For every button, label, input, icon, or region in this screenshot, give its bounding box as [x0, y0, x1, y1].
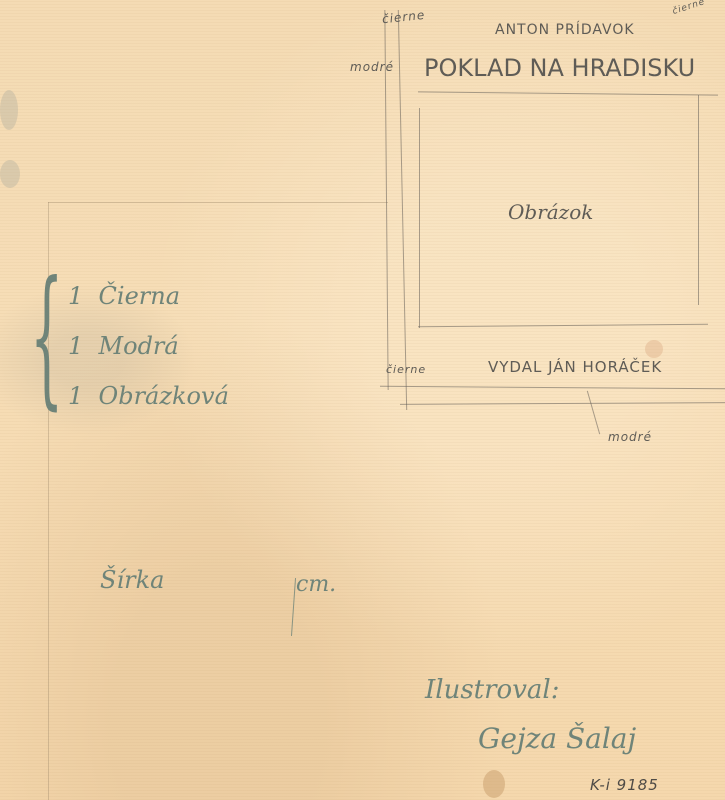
- cover-publisher: VYDAL JÁN HORÁČEK: [488, 358, 662, 376]
- item-label: Obrázková: [99, 382, 229, 410]
- stain-publisher: [645, 340, 663, 358]
- note-cierne-bottom: čierne: [386, 363, 426, 376]
- color-list-item: 1 Čierna: [68, 282, 180, 310]
- frame-outer-left-2: [398, 10, 407, 410]
- width-value: cm.: [296, 572, 336, 597]
- note-modre-top: modré: [350, 60, 394, 74]
- frame-top: [418, 91, 718, 95]
- stain-left: [0, 90, 18, 130]
- illustrator-name: Gejza Šalaj: [478, 722, 636, 755]
- item-qty: 1: [68, 332, 83, 360]
- item-label: Čierna: [99, 282, 180, 310]
- width-label: Šírka: [100, 566, 164, 594]
- frame-bottom-2: [400, 402, 725, 405]
- width-value-stem: [291, 578, 296, 636]
- color-list-item: 1 Modrá: [68, 332, 179, 360]
- note-modre-bottom: modré: [608, 430, 652, 444]
- item-qty: 1: [68, 282, 83, 310]
- frame-inner-bottom: [418, 324, 708, 328]
- frame-bottom: [380, 386, 725, 389]
- inventory-number: K-i 9185: [590, 776, 659, 794]
- color-list-item: 1 Obrázková: [68, 382, 229, 410]
- document-sheet: ANTON PRÍDAVOK POKLAD NA HRADISKU Obrázo…: [0, 0, 725, 800]
- stain-left-2: [0, 160, 20, 188]
- item-qty: 1: [68, 382, 83, 410]
- guide-line-horizontal: [48, 202, 388, 203]
- cover-author: ANTON PRÍDAVOK: [495, 22, 635, 38]
- list-brace: {: [30, 262, 63, 412]
- pointer-line: [587, 391, 600, 435]
- cover-title: POKLAD NA HRADISKU: [424, 54, 695, 82]
- cover-center-label: Obrázok: [508, 200, 593, 224]
- illustrator-label: Ilustroval:: [425, 675, 559, 705]
- frame-inner-left: [419, 108, 420, 328]
- note-cierne-corner: čierne: [671, 0, 706, 17]
- item-label: Modrá: [99, 332, 179, 360]
- stain-bottom: [483, 770, 505, 798]
- note-cierne-top: čierne: [381, 8, 425, 26]
- frame-inner-right: [698, 95, 699, 305]
